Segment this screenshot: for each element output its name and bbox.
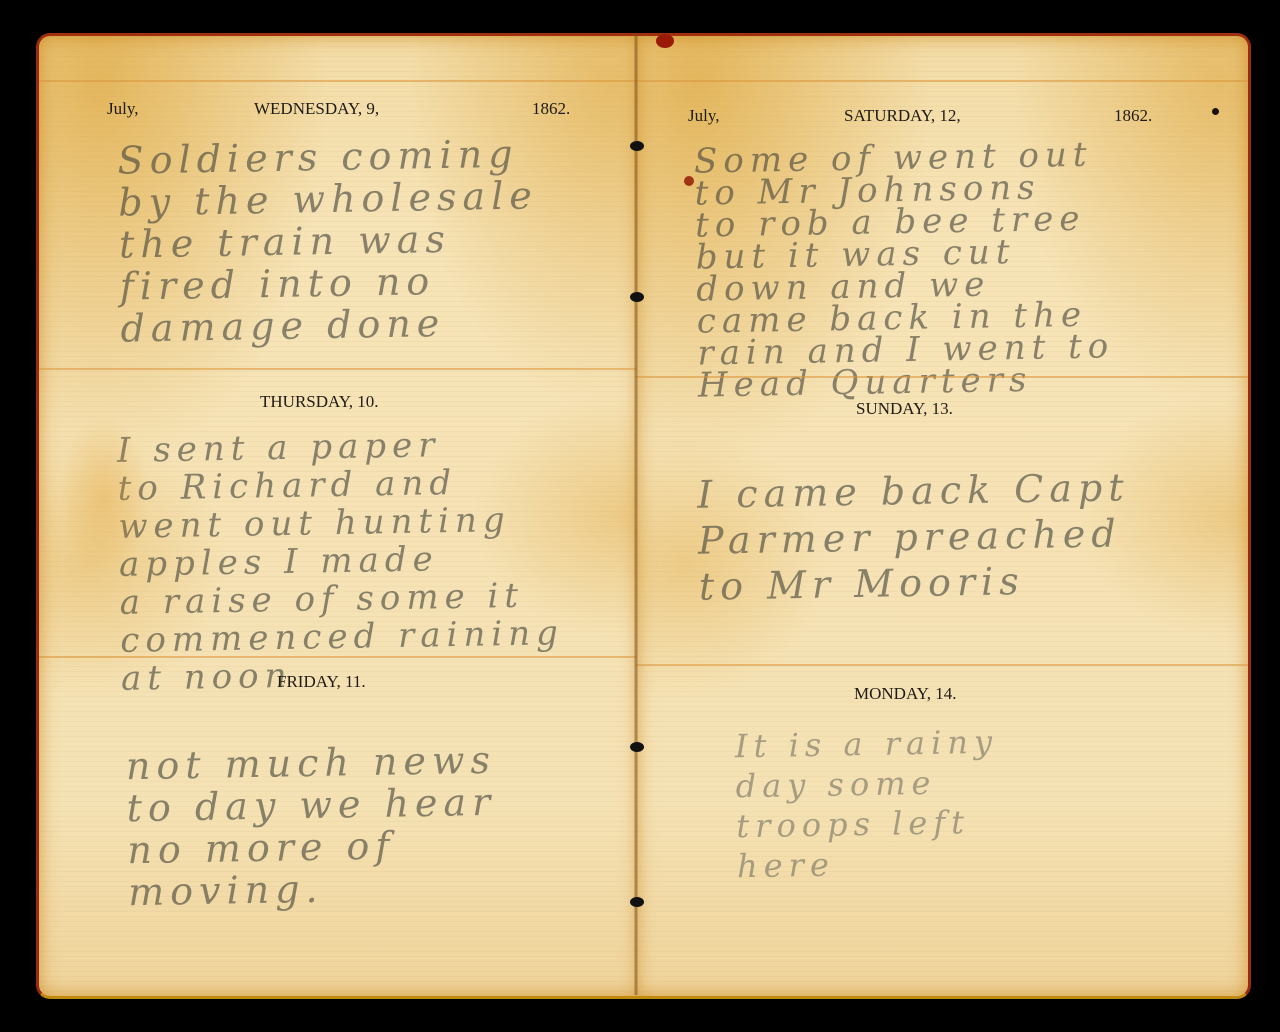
right-page: July, SATURDAY, 12, 1862. Some of went o…: [636, 33, 1251, 999]
section-rule: [636, 664, 1248, 666]
page-top-rule: [39, 80, 639, 82]
book-spine: [634, 33, 638, 995]
binding-stitch: [630, 141, 644, 151]
day-label-monday-14: MONDAY, 14.: [854, 684, 957, 704]
section-rule: [39, 656, 639, 658]
header-day: WEDNESDAY, 9,: [254, 99, 379, 119]
section-rule: [39, 368, 639, 370]
entry-sunday-13: I came back Capt Parmer preached to Mr M…: [697, 464, 1132, 610]
entry-saturday-12: Some of went out to Mr Johnsons to rob a…: [694, 138, 1115, 401]
ink-spot: [1212, 108, 1219, 115]
water-stain: [59, 416, 149, 576]
binding-stitch: [630, 742, 644, 752]
day-label-thursday-10: THURSDAY, 10.: [260, 392, 379, 412]
entry-friday-11: not much news to day we hear no more of …: [126, 739, 499, 913]
header-year: 1862.: [1114, 106, 1152, 126]
header-day: SATURDAY, 12,: [844, 106, 961, 126]
diary-book: July, WEDNESDAY, 9, 1862. Soldiers comin…: [36, 33, 1250, 995]
page-top-rule: [636, 80, 1248, 82]
header-month: July,: [688, 106, 720, 126]
entry-monday-14: It is a rainy day some troops left here: [735, 722, 1001, 887]
day-label-friday-11: FRIDAY, 11.: [277, 672, 366, 692]
section-rule: [636, 376, 1248, 378]
binding-stitch: [630, 292, 644, 302]
day-label-sunday-13: SUNDAY, 13.: [856, 399, 953, 419]
binding-stitch: [630, 897, 644, 907]
entry-wednesday-9: Soldiers coming by the wholesale the tra…: [117, 132, 540, 349]
header-year: 1862.: [532, 99, 570, 119]
red-stain: [656, 34, 674, 48]
header-month: July,: [107, 99, 139, 119]
left-page: July, WEDNESDAY, 9, 1862. Soldiers comin…: [36, 33, 639, 999]
ink-spot: [684, 176, 694, 186]
